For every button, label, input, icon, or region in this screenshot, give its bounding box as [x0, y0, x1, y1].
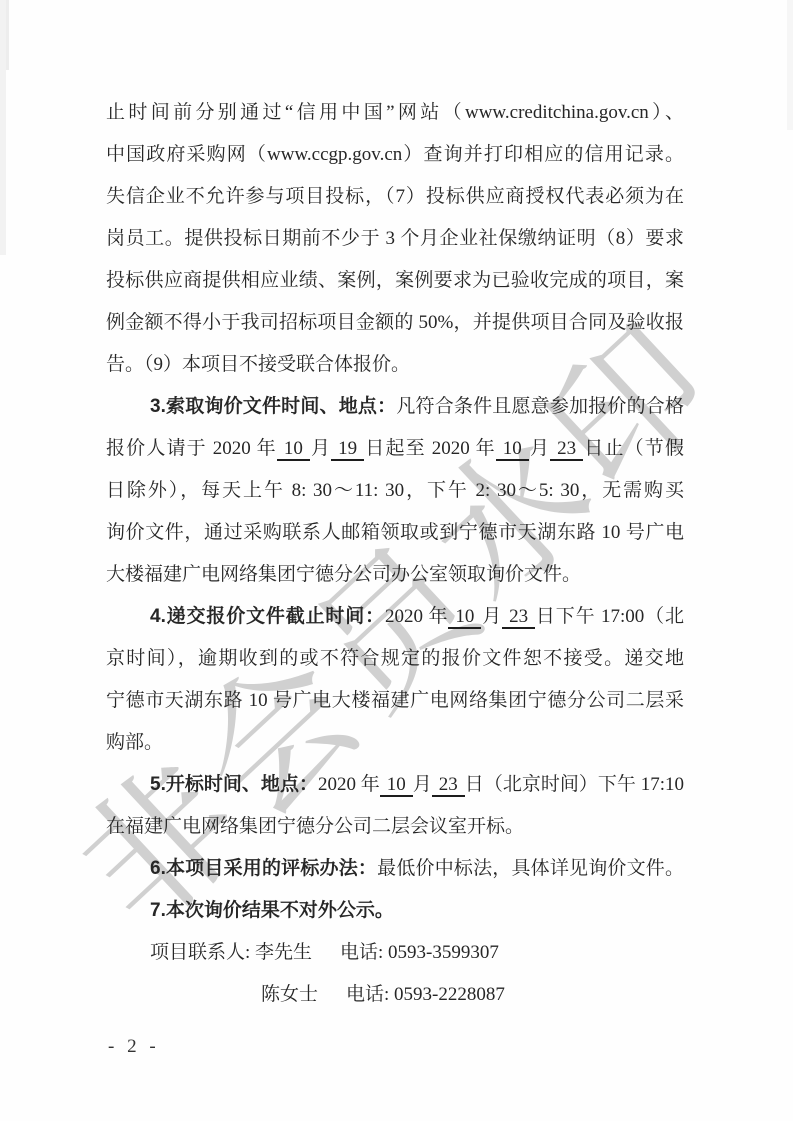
text-segment: 2020 年 [318, 774, 380, 795]
doc-line: 大楼福建广电网络集团宁德分公司办公室领取询价文件。 [106, 554, 684, 596]
scan-artifact [787, 0, 793, 130]
underlined-value: 19 [331, 438, 364, 461]
underlined-value: 23 [432, 774, 465, 797]
text-segment: 电话: 0593-2228087 [346, 984, 505, 1005]
text-segment: 月 [310, 438, 331, 459]
section-heading: 3.索取询价文件时间、地点： [150, 396, 396, 417]
text-segment: 在福建广电网络集团宁德分公司二层会议室开标。 [106, 816, 524, 837]
section-heading: 7.本次询价结果不对外公示。 [150, 900, 394, 921]
text-segment: 2020 年 [385, 606, 448, 627]
doc-line: 报价人请于 2020 年10月19日起至 2020 年10月23日止（节假 [106, 428, 684, 470]
page-number: - 2 - [108, 1026, 160, 1068]
text-segment: 电话: 0593-3599307 [340, 942, 499, 963]
underlined-value: 23 [502, 606, 535, 629]
text-segment: 最低价中标法，具体详见询价文件。 [377, 858, 684, 879]
doc-line: 岗员工。提供投标日期前不少于 3 个月企业社保缴纳证明（8）要求 [106, 218, 684, 260]
text-segment: 宁德市天湖东路 10 号广电大楼福建广电网络集团宁德分公司二层采 [106, 690, 684, 711]
text-segment: 京时间），逾期收到的或不符合规定的报价文件恕不接受。递交地址： [106, 648, 684, 680]
text-segment: 日除外），每天上午 8: 30～11: 30，下午 2: 30～5: 30，无需… [106, 480, 684, 501]
text-segment: 止时间前分别通过“信用中国”网站（www.creditchina.gov.cn）… [106, 102, 684, 123]
text-segment: 购部。 [106, 732, 163, 753]
text-segment: 失信企业不允许参与项目投标，（7）投标供应商授权代表必须为在 [106, 186, 684, 207]
document-page: 非会员水印 止时间前分别通过“信用中国”网站（www.creditchina.g… [0, 0, 793, 1121]
text-segment: 凡符合条件且愿意参加报价的合格 [396, 396, 684, 417]
section-heading: 6.本项目采用的评标办法： [150, 858, 377, 879]
text-segment: 岗员工。提供投标日期前不少于 3 个月企业社保缴纳证明（8）要求 [106, 228, 684, 249]
text-segment: 中国政府采购网（www.ccgp.gov.cn）查询并打印相应的信用记录。 [106, 144, 684, 165]
doc-line: 失信企业不允许参与项目投标，（7）投标供应商授权代表必须为在 [106, 176, 684, 218]
text-segment: 告。（9）本项目不接受联合体报价。 [106, 354, 410, 375]
doc-line: 宁德市天湖东路 10 号广电大楼福建广电网络集团宁德分公司二层采 [106, 680, 684, 722]
underlined-value: 10 [380, 774, 413, 797]
doc-line: 5.开标时间、地点：2020 年10月23日（北京时间）下午 17:10 [106, 764, 684, 806]
doc-line: 在福建广电网络集团宁德分公司二层会议室开标。 [106, 806, 684, 848]
doc-line: 3.索取询价文件时间、地点：凡符合条件且愿意参加报价的合格 [106, 386, 684, 428]
text-segment: 日止（节假 [583, 438, 684, 459]
text-segment: 月 [481, 606, 502, 627]
text-segment: 项目联系人: 李先生 [150, 942, 312, 963]
doc-line: 4.递交报价文件截止时间：2020 年10月23日下午 17:00（北 [106, 596, 684, 638]
doc-line: 6.本项目采用的评标办法：最低价中标法，具体详见询价文件。 [106, 848, 684, 890]
underlined-value: 10 [448, 606, 481, 629]
text-segment: 报价人请于 2020 年 [106, 438, 277, 459]
scan-artifact [0, 0, 6, 255]
text-segment: 例金额不得小于我司招标项目金额的 50%，并提供项目合同及验收报 [106, 312, 684, 333]
text-segment: 日下午 17:00（北 [535, 606, 684, 627]
doc-line: 京时间），逾期收到的或不符合规定的报价文件恕不接受。递交地址： [106, 638, 684, 680]
document-body: 止时间前分别通过“信用中国”网站（www.creditchina.gov.cn）… [106, 92, 684, 1016]
text-segment: 投标供应商提供相应业绩、案例，案例要求为已验收完成的项目，案 [106, 270, 684, 291]
doc-line: 购部。 [106, 722, 684, 764]
doc-line: 项目联系人: 李先生电话: 0593-3599307 [106, 932, 684, 974]
doc-line: 日除外），每天上午 8: 30～11: 30，下午 2: 30～5: 30，无需… [106, 470, 684, 512]
doc-line: 止时间前分别通过“信用中国”网站（www.creditchina.gov.cn）… [106, 92, 684, 134]
text-segment: 询价文件，通过采购联系人邮箱领取或到宁德市天湖东路 10 号广电 [106, 522, 684, 543]
underlined-value: 10 [496, 438, 529, 461]
text-segment: 日起至 2020 年 [364, 438, 496, 459]
section-heading: 5.开标时间、地点： [150, 774, 318, 795]
text-segment: 日（北京时间）下午 17:10 [465, 774, 684, 795]
text-segment: 陈女士 [261, 984, 318, 1005]
underlined-value: 23 [550, 438, 583, 461]
doc-line: 陈女士电话: 0593-2228087 [106, 974, 684, 1016]
doc-line: 7.本次询价结果不对外公示。 [106, 890, 684, 932]
doc-line: 投标供应商提供相应业绩、案例，案例要求为已验收完成的项目，案 [106, 260, 684, 302]
text-segment: 月 [413, 774, 432, 795]
doc-line: 询价文件，通过采购联系人邮箱领取或到宁德市天湖东路 10 号广电 [106, 512, 684, 554]
doc-line: 例金额不得小于我司招标项目金额的 50%，并提供项目合同及验收报 [106, 302, 684, 344]
underlined-value: 10 [277, 438, 310, 461]
text-segment: 大楼福建广电网络集团宁德分公司办公室领取询价文件。 [106, 564, 581, 585]
text-segment: 月 [529, 438, 550, 459]
doc-line: 中国政府采购网（www.ccgp.gov.cn）查询并打印相应的信用记录。 [106, 134, 684, 176]
section-heading: 4.递交报价文件截止时间： [150, 606, 385, 627]
doc-line: 告。（9）本项目不接受联合体报价。 [106, 344, 684, 386]
